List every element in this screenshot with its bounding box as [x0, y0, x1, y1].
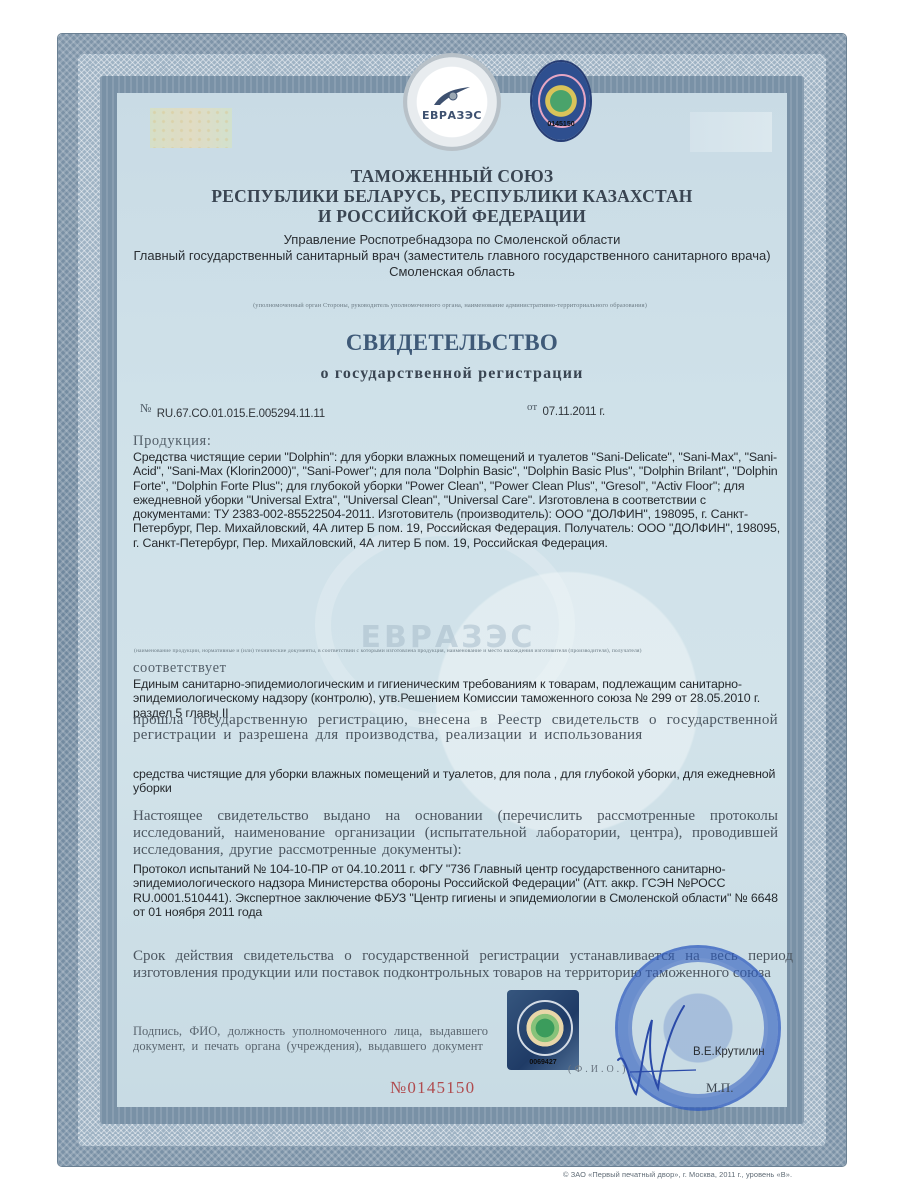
signer-name: В.Е.Крутилин	[693, 1046, 765, 1058]
hologram-sticker-bottom: 0069427	[507, 990, 579, 1070]
conformity-section: соответствует Единым санитарно-эпидемиол…	[133, 660, 781, 720]
hologram-ring	[538, 74, 586, 128]
union-title-line-3: И РОССИЙСКОЙ ФЕДЕРАЦИИ	[120, 206, 784, 226]
product-section: Продукция: Средства чистящие серии "Dolp…	[133, 433, 781, 550]
usage-purpose: средства чистящие для уборки влажных пом…	[133, 767, 781, 796]
hologram-emblem-icon	[517, 1000, 573, 1056]
certificate-title: СВИДЕТЕЛЬСТВО	[120, 330, 784, 356]
header-block: ТАМОЖЕННЫЙ СОЮЗ РЕСПУБЛИКИ БЕЛАРУСЬ, РЕС…	[120, 166, 784, 280]
product-hint: (наименование продукции, нормативные и (…	[134, 648, 782, 654]
number-sign: №	[140, 401, 151, 415]
security-hologram-right	[690, 112, 772, 152]
union-title-line-2: РЕСПУБЛИКИ БЕЛАРУСЬ, РЕСПУБЛИКИ КАЗАХСТА…	[120, 186, 784, 206]
basis-label: Настоящее свидетельство выдано на основа…	[133, 808, 778, 859]
registration-number: RU.67.CO.01.015.E.005294.11.11	[157, 408, 325, 420]
authority-name: Управление Роспотребнадзора по Смоленско…	[120, 232, 784, 280]
product-label: Продукция:	[133, 433, 781, 450]
signer-initials-hint: (Ф.И.О.)	[568, 1064, 629, 1075]
hologram-sticker-code: 0069427	[513, 1059, 573, 1066]
registration-date-wrap: от 07.11.2011 г.	[527, 401, 605, 418]
certificate-subtitle: о государственной регистрации	[120, 365, 784, 383]
registration-number-row: № RU.67.CO.01.015.E.005294.11.11 от 07.1…	[140, 401, 780, 421]
authority-line-3: Смоленская область	[120, 264, 784, 280]
basis-documents: Протокол испытаний № 104-10-ПР от 04.10.…	[133, 862, 781, 919]
evrazes-label: ЕВРАЗЭС	[422, 109, 482, 122]
evrazes-swoosh-icon	[430, 85, 474, 107]
union-title-line-1: ТАМОЖЕННЫЙ СОЮЗ	[120, 166, 784, 186]
evrazes-emblem: ЕВРАЗЭС	[407, 57, 497, 147]
authority-hint: (уполномоченный орган Стороны, руководит…	[140, 302, 760, 309]
product-description: Средства чистящие серии "Dolphin": для у…	[133, 450, 781, 550]
authority-line-1: Управление Роспотребнадзора по Смоленско…	[120, 232, 784, 248]
security-hologram-left	[150, 108, 232, 148]
printer-note: © ЗАО «Первый печатный двор», г. Москва,…	[563, 1170, 863, 1179]
seal-mark: М.П.	[706, 1080, 733, 1096]
registration-passed-text: прошла государственную регистрацию, внес…	[133, 713, 778, 742]
form-serial-number: №0145150	[390, 1078, 510, 1098]
date-prefix: от	[527, 401, 537, 413]
conformity-label: соответствует	[133, 660, 781, 677]
registration-date: 07.11.2011 г.	[543, 406, 605, 418]
hologram-seal-top: 0145150	[532, 62, 590, 140]
signature-label: Подпись, ФИО, должность уполномоченного …	[133, 1024, 488, 1054]
authority-line-2: Главный государственный санитарный врач …	[120, 248, 784, 264]
hologram-code: 0145150	[540, 121, 582, 128]
